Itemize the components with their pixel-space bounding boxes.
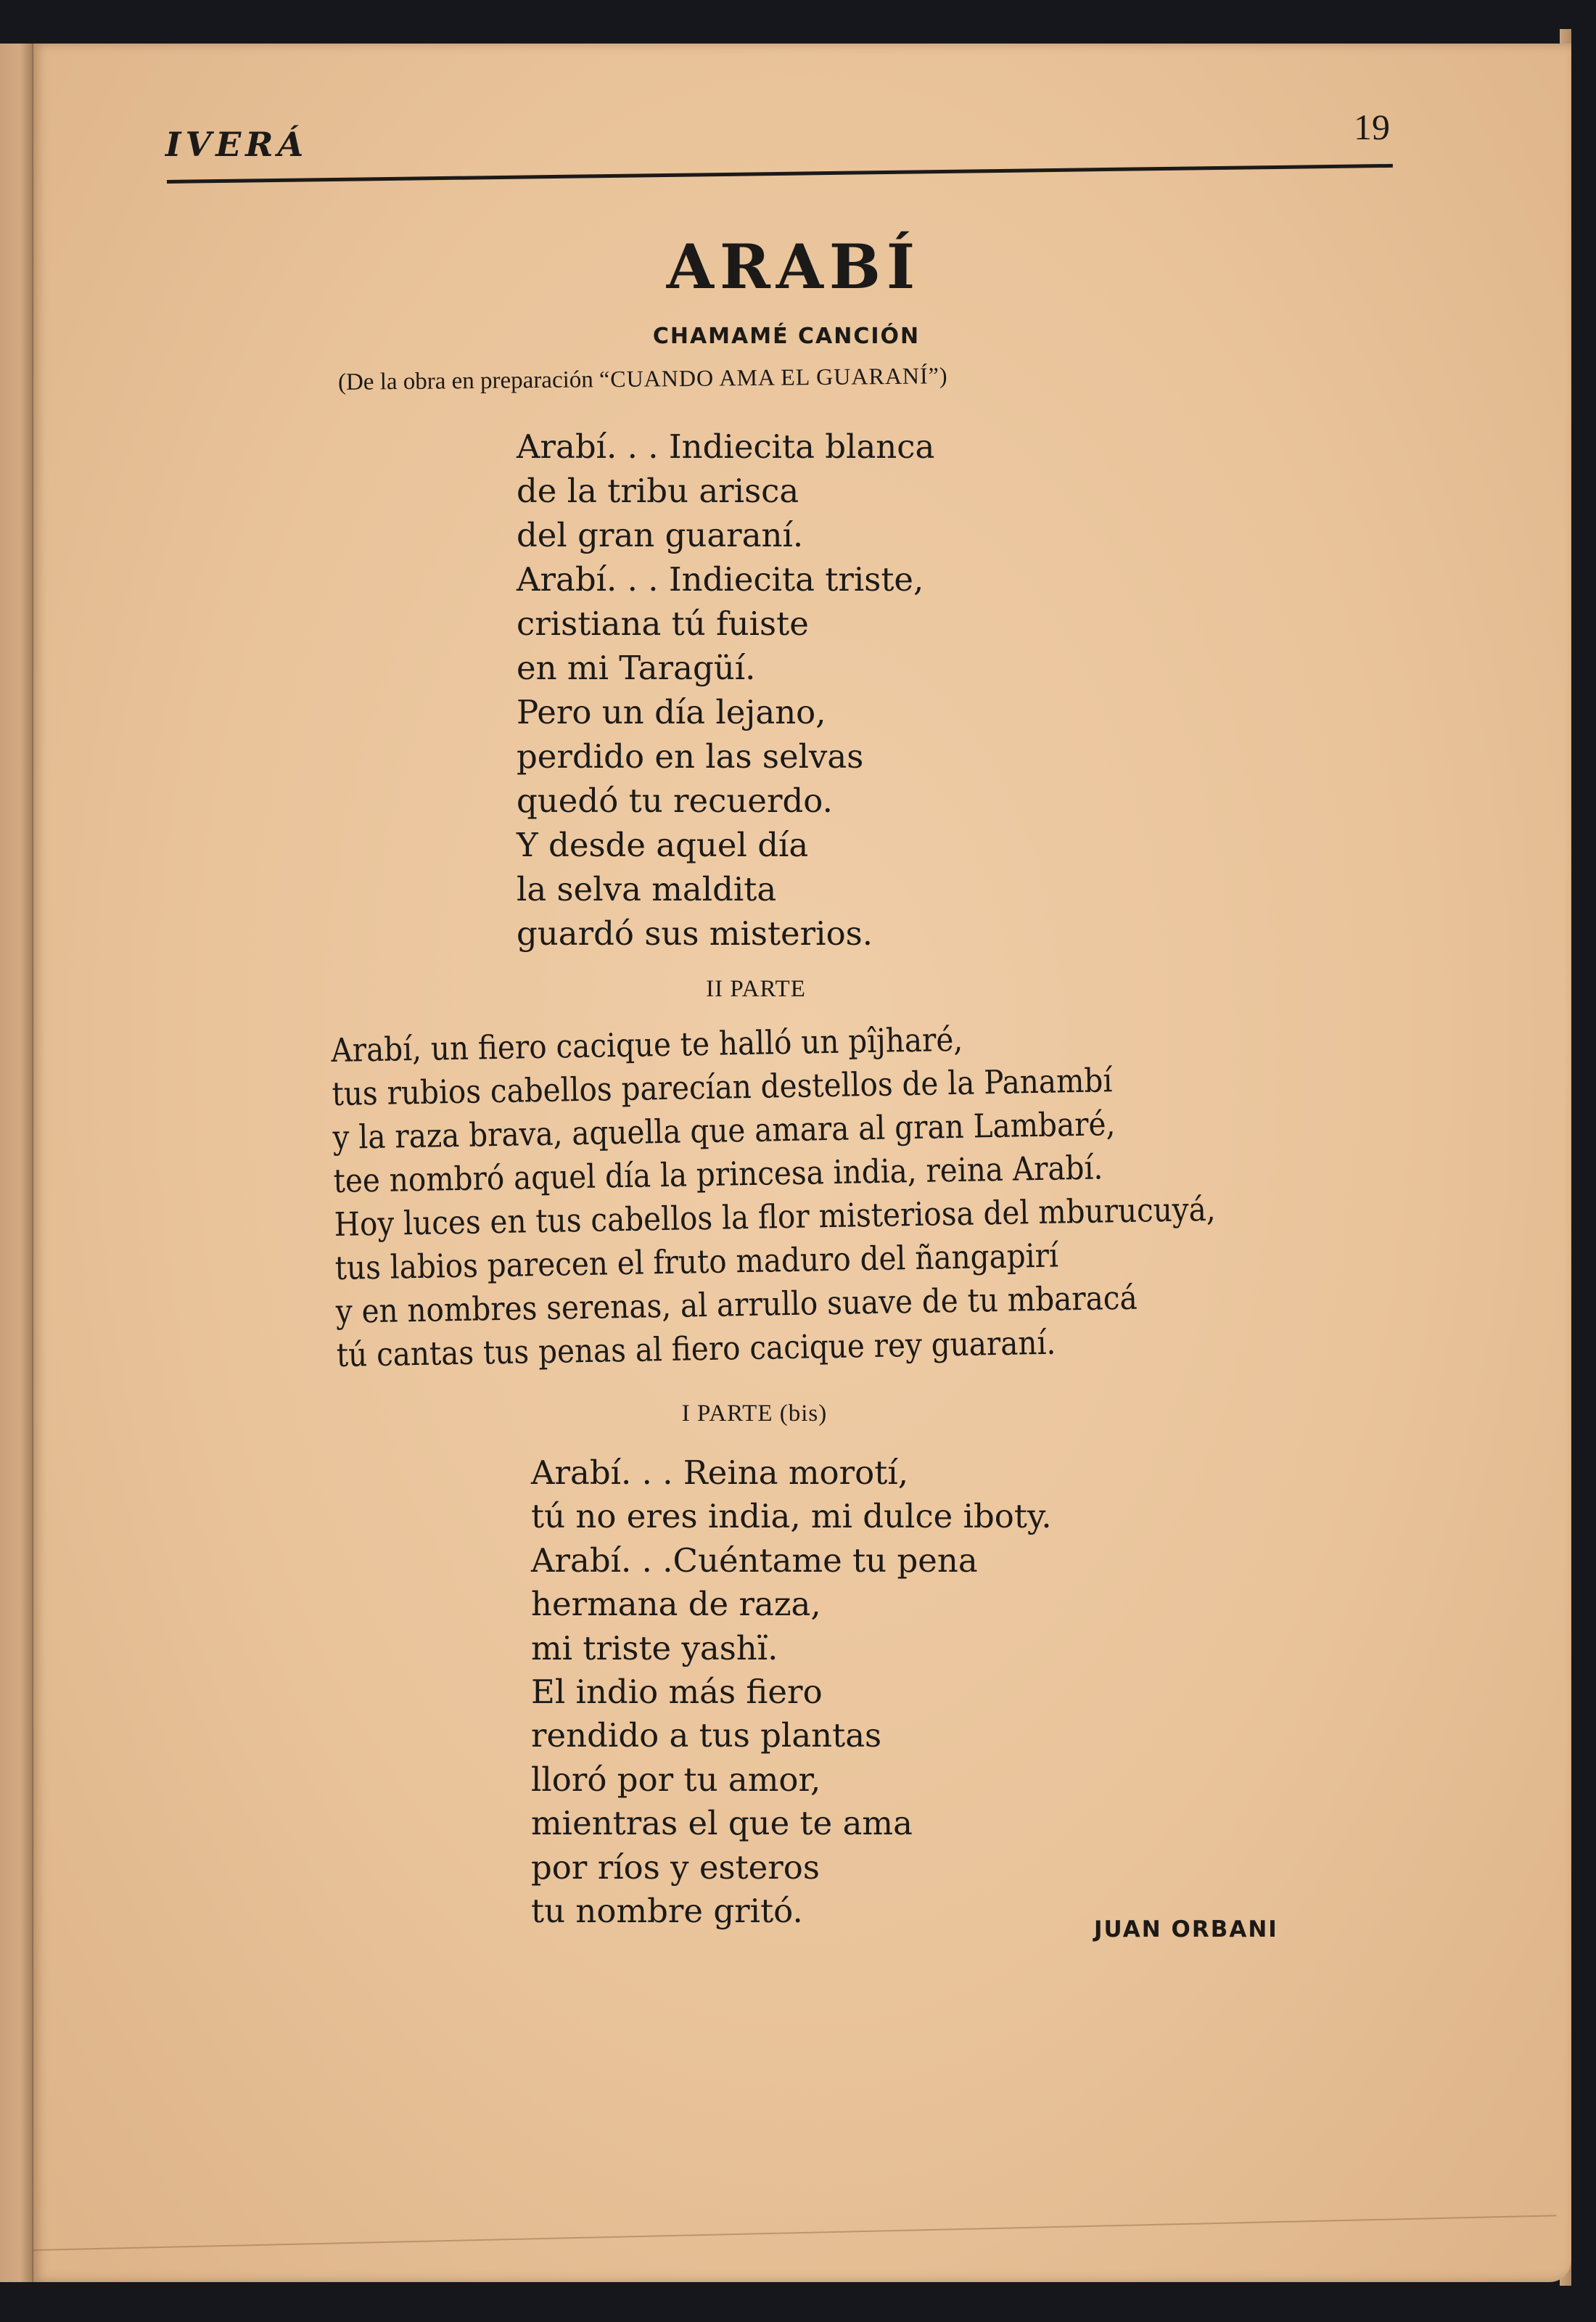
verse-line: hermana de raza, [531,1583,1052,1626]
verse-line: Arabí. . . Reina morotí, [531,1451,1052,1495]
poem-subtitle: CHAMAMÉ CANCIÓN [0,324,1584,349]
source-note-prefix: (De la obra en preparación [338,366,599,395]
verse-line: Y desde aquel día [517,823,934,867]
verse-part-3: Arabí. . . Reina morotí, tú no eres indi… [531,1451,1052,1933]
binding-edge [0,44,33,2282]
verse-line: mi triste yashï. [531,1627,1052,1670]
verse-line: del gran guaraní. [517,513,934,557]
verse-line: en mi Taragüí. [517,646,934,690]
verse-line: cristiana tú fuiste [517,602,934,646]
verse-line: Arabí. . . Indiecita triste, [517,557,934,602]
author-signature: JUAN ORBANI [1094,1916,1278,1942]
verse-line: Pero un día lejano, [517,690,934,734]
verse-line: lloró por tu amor, [531,1758,1052,1802]
verse-line: Arabí. . .Cuéntame tu pena [531,1539,1052,1583]
verse-line: la selva maldita [517,867,934,911]
verse-part-2: Arabí, un fiero cacique te halló un pîjh… [331,1014,1218,1377]
verse-line: tu nombre gritó. [531,1890,1052,1933]
verse-line: rendido a tus plantas [531,1714,1052,1757]
verse-line: Arabí. . . Indiecita blanca [517,424,934,469]
source-note-work: “CUANDO AMA EL GUARANÍ”) [599,362,948,392]
verse-line: perdido en las selvas [517,734,934,779]
section-heading-part-2: II PARTE [0,976,1554,1003]
verse-line: quedó tu recuerdo. [517,779,934,823]
verse-line: El indio más fiero [531,1670,1052,1714]
verse-part-1: Arabí. . . Indiecita blanca de la tribu … [517,424,934,956]
verse-line: de la tribu arisca [517,469,934,513]
verse-line: guardó sus misterios. [517,911,934,956]
verse-line: tú no eres india, mi dulce iboty. [531,1495,1052,1538]
verse-line: mientras el que te ama [531,1802,1052,1845]
page-number: 19 [1354,106,1390,148]
running-head: IVERÁ [165,125,308,164]
verse-line: por ríos y esteros [531,1846,1052,1890]
poem-title: ARABÍ [0,231,1592,303]
scanned-page: IVERÁ 19 ARABÍ CHAMAMÉ CANCIÓN (De la ob… [0,0,1596,2322]
section-heading-part-3: I PARTE (bis) [0,1400,1552,1427]
